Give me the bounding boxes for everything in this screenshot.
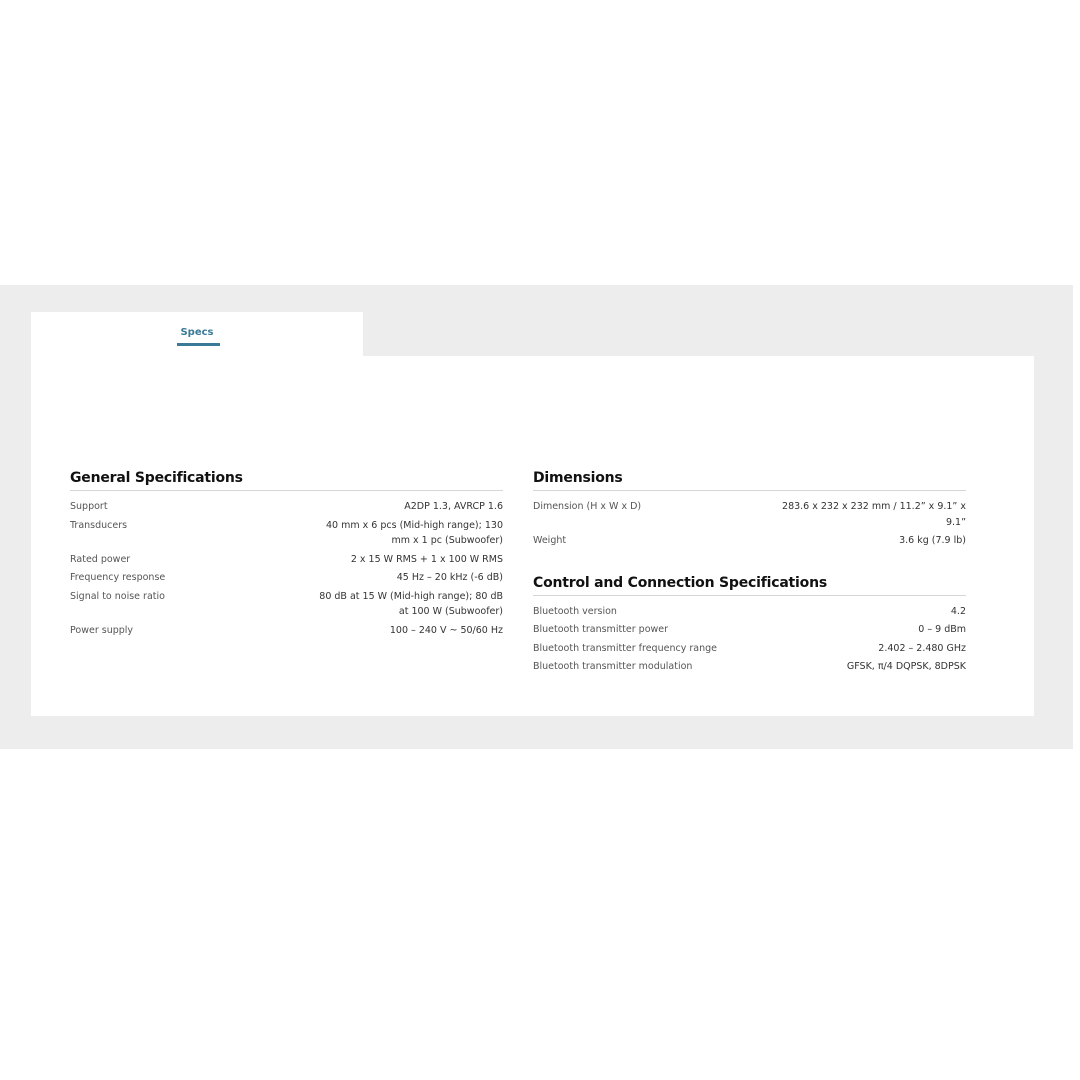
tab-specs-label: Specs xyxy=(31,327,363,338)
spec-row: Rated power2 x 15 W RMS + 1 x 100 W RMS xyxy=(70,552,503,568)
spec-value: 283.6 x 232 x 232 mm / 11.2” x 9.1” x 9.… xyxy=(781,499,966,530)
general-specifications-section: General Specifications SupportA2DP 1.3, … xyxy=(70,468,503,641)
section-title: Control and Connection Specifications xyxy=(533,573,966,596)
spec-key: Bluetooth transmitter frequency range xyxy=(533,641,717,657)
tab-specs[interactable]: Specs xyxy=(31,312,363,356)
spec-row: Signal to noise ratio80 dB at 15 W (Mid-… xyxy=(70,589,503,620)
spec-row: Bluetooth transmitter power0 – 9 dBm xyxy=(533,622,966,638)
specs-panel: General Specifications SupportA2DP 1.3, … xyxy=(31,356,1034,716)
spec-value: 2.402 – 2.480 GHz xyxy=(878,641,966,657)
section-title: Dimensions xyxy=(533,468,966,491)
spec-value: GFSK, π/4 DQPSK, 8DPSK xyxy=(847,659,966,675)
control-connection-section: Control and Connection Specifications Bl… xyxy=(533,573,966,675)
spec-row: Bluetooth version4.2 xyxy=(533,604,966,620)
right-column: Dimensions Dimension (H x W x D)283.6 x … xyxy=(533,468,966,678)
spec-row: Bluetooth transmitter modulationGFSK, π/… xyxy=(533,659,966,675)
spec-key: Frequency response xyxy=(70,570,165,586)
spec-key: Dimension (H x W x D) xyxy=(533,499,641,530)
active-tab-indicator xyxy=(177,343,220,346)
spec-value: A2DP 1.3, AVRCP 1.6 xyxy=(404,499,503,515)
spec-key: Rated power xyxy=(70,552,130,568)
spec-value: 4.2 xyxy=(951,604,966,620)
spec-key: Bluetooth transmitter power xyxy=(533,622,668,638)
spec-row: Bluetooth transmitter frequency range2.4… xyxy=(533,641,966,657)
spec-row: SupportA2DP 1.3, AVRCP 1.6 xyxy=(70,499,503,515)
spec-key: Signal to noise ratio xyxy=(70,589,165,620)
spec-value: 2 x 15 W RMS + 1 x 100 W RMS xyxy=(351,552,503,568)
spec-key: Weight xyxy=(533,533,566,549)
dimensions-section: Dimensions Dimension (H x W x D)283.6 x … xyxy=(533,468,966,549)
spec-value: 45 Hz – 20 kHz (-6 dB) xyxy=(397,570,503,586)
spec-row: Frequency response45 Hz – 20 kHz (-6 dB) xyxy=(70,570,503,586)
spec-row: Dimension (H x W x D)283.6 x 232 x 232 m… xyxy=(533,499,966,530)
spec-row: Weight3.6 kg (7.9 lb) xyxy=(533,533,966,549)
spec-value: 3.6 kg (7.9 lb) xyxy=(899,533,966,549)
spec-value: 40 mm x 6 pcs (Mid-high range); 130 mm x… xyxy=(318,518,503,549)
spec-row: Power supply100 – 240 V ~ 50/60 Hz xyxy=(70,623,503,639)
section-title: General Specifications xyxy=(70,468,503,491)
spec-value: 100 – 240 V ~ 50/60 Hz xyxy=(390,623,503,639)
spec-row: Transducers40 mm x 6 pcs (Mid-high range… xyxy=(70,518,503,549)
spec-key: Power supply xyxy=(70,623,133,639)
spec-key: Support xyxy=(70,499,108,515)
spec-value: 80 dB at 15 W (Mid-high range); 80 dB at… xyxy=(318,589,503,620)
spec-key: Transducers xyxy=(70,518,127,549)
spec-key: Bluetooth version xyxy=(533,604,617,620)
spec-value: 0 – 9 dBm xyxy=(918,622,966,638)
spec-key: Bluetooth transmitter modulation xyxy=(533,659,692,675)
